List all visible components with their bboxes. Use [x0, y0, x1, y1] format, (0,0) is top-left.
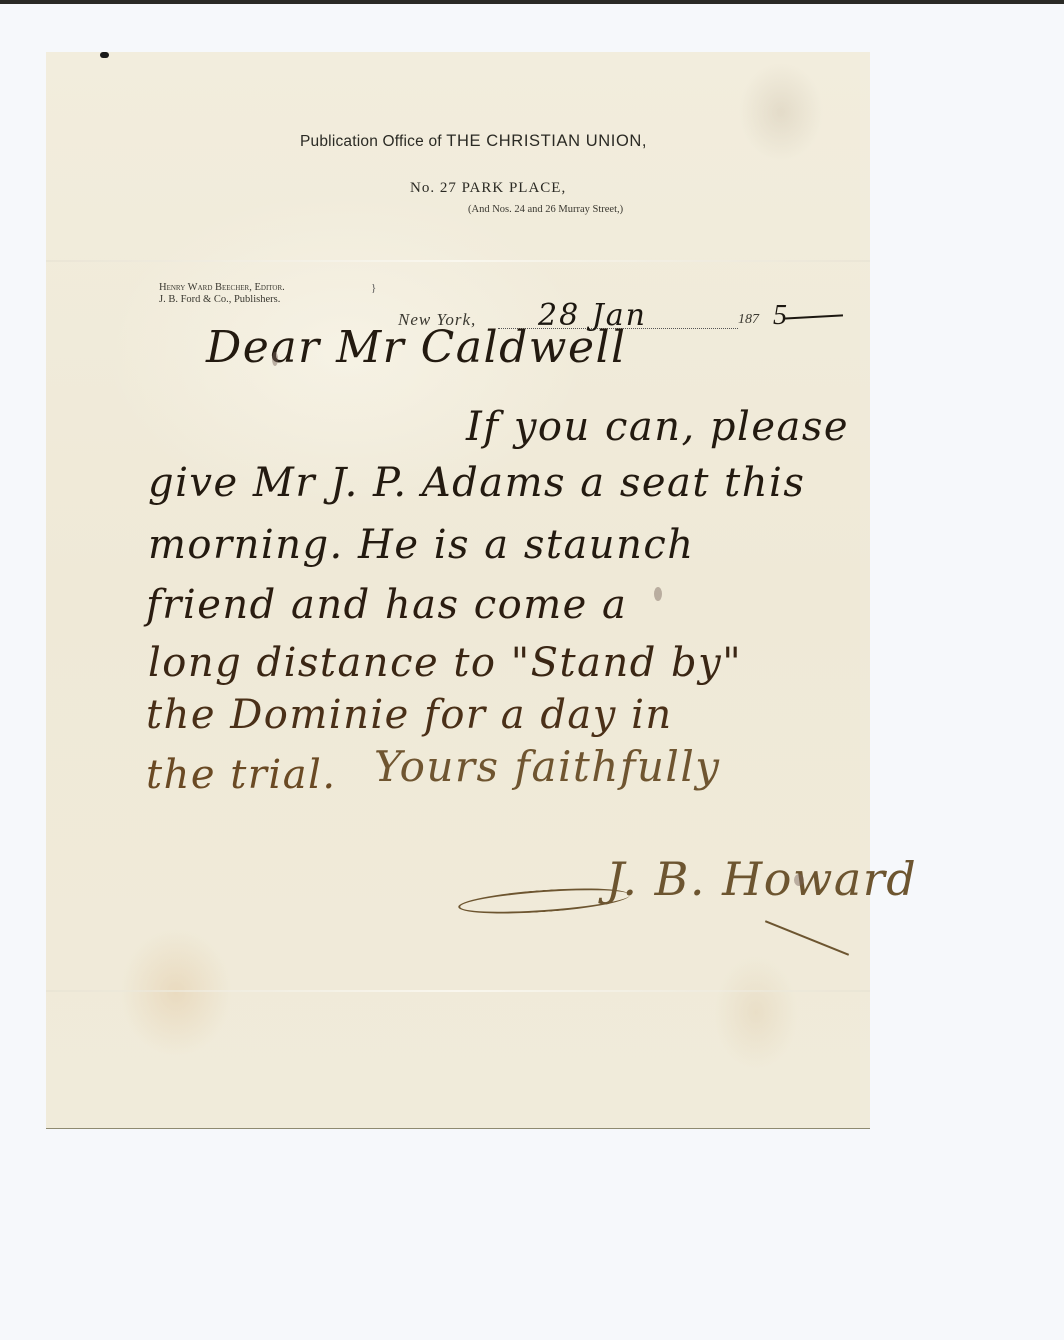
body-line: the trial.	[146, 752, 337, 798]
ink-blot	[272, 352, 278, 366]
letterhead-title: Publication Office of THE CHRISTIAN UNIO…	[300, 132, 647, 151]
salutation: Dear Mr Caldwell	[206, 322, 627, 373]
fold-line	[46, 990, 870, 992]
dateline-year-handwritten: 5	[773, 300, 787, 332]
office-prefix: Publication Office of	[300, 133, 446, 150]
signature-tail	[765, 920, 849, 956]
editor-line: Henry Ward Beecher, Editor.	[159, 282, 285, 294]
body-line: give Mr J. P. Adams a seat this	[148, 460, 805, 506]
ink-blot	[794, 874, 804, 886]
letter-paper: Publication Office of THE CHRISTIAN UNIO…	[46, 52, 870, 1128]
dateline-year-printed: 187	[738, 312, 759, 328]
brace-glyph: }	[371, 282, 376, 294]
publishers-line: J. B. Ford & Co., Publishers.	[159, 294, 285, 306]
letterhead-address: No. 27 PARK PLACE,	[410, 180, 566, 197]
letterhead-address-alt: (And Nos. 24 and 26 Murray Street,)	[468, 204, 623, 215]
body-line: friend and has come a	[146, 582, 627, 628]
body-line: the Dominie for a day in	[146, 692, 673, 738]
publication-name: THE CHRISTIAN UNION,	[446, 132, 647, 150]
ink-blot	[654, 587, 662, 601]
letterhead-staff: Henry Ward Beecher, Editor. J. B. Ford &…	[159, 282, 285, 306]
body-line: morning. He is a staunch	[148, 522, 695, 568]
signature-flourish	[457, 884, 630, 918]
fold-line	[46, 260, 870, 262]
closing: Yours faithfully	[374, 742, 721, 791]
body-line: If you can, please	[466, 404, 849, 450]
scan-top-edge	[0, 0, 1064, 4]
body-line: long distance to "Stand by"	[148, 640, 742, 686]
dateline-pen-stroke	[783, 314, 843, 319]
signature: J. B. Howard	[606, 852, 917, 906]
scan-mark	[100, 52, 109, 58]
